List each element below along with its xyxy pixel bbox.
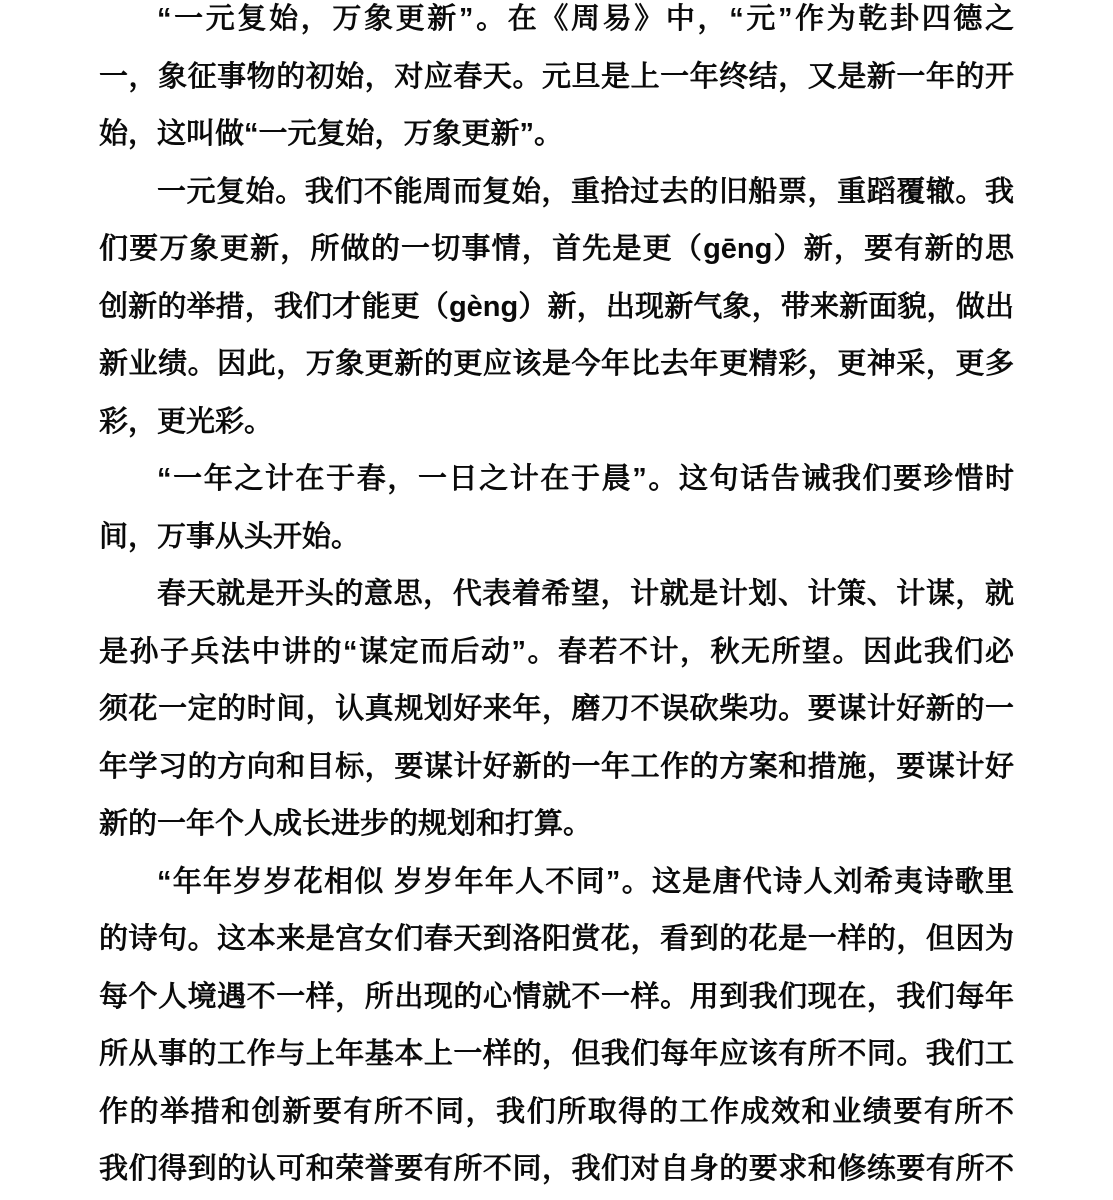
text-line: 年学习的方向和目标，要谋计好新的一年工作的方案和措施，要谋计好	[99, 739, 1014, 797]
text-line: 作的举措和创新要有所不同，我们所取得的工作成效和业绩要有所不同，	[99, 1084, 1014, 1142]
text-line: 须花一定的时间，认真规划好来年，磨刀不误砍柴功。要谋计好新的一	[99, 681, 1014, 739]
document-page: “一元复始，万象更新”。在《周易》中，“元”作为乾卦四德之一，象征事物的初始，对…	[99, 0, 1014, 1199]
text-line: 春天就是开头的意思，代表着希望，计就是计划、计策、计谋，就	[99, 566, 1014, 624]
text-line: “年年岁岁花相似 岁岁年年人不同”。这是唐代诗人刘希夷诗歌里	[99, 854, 1014, 912]
text-line: 新业绩。因此，万象更新的更应该是今年比去年更精彩，更神采，更多	[99, 336, 1014, 394]
text-line: 是孙子兵法中讲的“谋定而后动”。春若不计，秋无所望。因此我们必	[99, 624, 1014, 682]
paragraph: “一年之计在于春，一日之计在于晨”。这句话告诫我们要珍惜时间，万事从头开始。	[99, 451, 1014, 566]
text-line: “一年之计在于春，一日之计在于晨”。这句话告诫我们要珍惜时	[99, 451, 1014, 509]
text-line: 始，这叫做“一元复始，万象更新”。	[99, 106, 1014, 164]
text-line: 一元复始。我们不能周而复始，重拾过去的旧船票，重蹈覆辙。我	[99, 164, 1014, 222]
text-line: 新的一年个人成长进步的规划和打算。	[99, 796, 1014, 854]
text-line: 我们得到的认可和荣誉要有所不同，我们对自身的要求和修练要有所不	[99, 1141, 1014, 1199]
text-line: 一，象征事物的初始，对应春天。元旦是上一年终结，又是新一年的开	[99, 49, 1014, 107]
text-line: 彩，更光彩。	[99, 394, 1014, 452]
paragraph: “年年岁岁花相似 岁岁年年人不同”。这是唐代诗人刘希夷诗歌里的诗句。这本来是宫女…	[99, 854, 1014, 1199]
paragraph: “一元复始，万象更新”。在《周易》中，“元”作为乾卦四德之一，象征事物的初始，对…	[99, 0, 1014, 164]
text-line: 创新的举措，我们才能更（gèng）新，出现新气象，带来新面貌，做出	[99, 279, 1014, 337]
text-line: 们要万象更新，所做的一切事情，首先是更（gēng）新，要有新的思维，	[99, 221, 1014, 279]
text-line: 每个人境遇不一样，所出现的心情就不一样。用到我们现在，我们每年	[99, 969, 1014, 1027]
text-line: “一元复始，万象更新”。在《周易》中，“元”作为乾卦四德之	[99, 0, 1014, 49]
paragraph: 一元复始。我们不能周而复始，重拾过去的旧船票，重蹈覆辙。我们要万象更新，所做的一…	[99, 164, 1014, 452]
text-line: 的诗句。这本来是宫女们春天到洛阳赏花，看到的花是一样的，但因为	[99, 911, 1014, 969]
text-line: 所从事的工作与上年基本上一样的，但我们每年应该有所不同。我们工	[99, 1026, 1014, 1084]
paragraph: 春天就是开头的意思，代表着希望，计就是计划、计策、计谋，就是孙子兵法中讲的“谋定…	[99, 566, 1014, 854]
text-line: 间，万事从头开始。	[99, 509, 1014, 567]
